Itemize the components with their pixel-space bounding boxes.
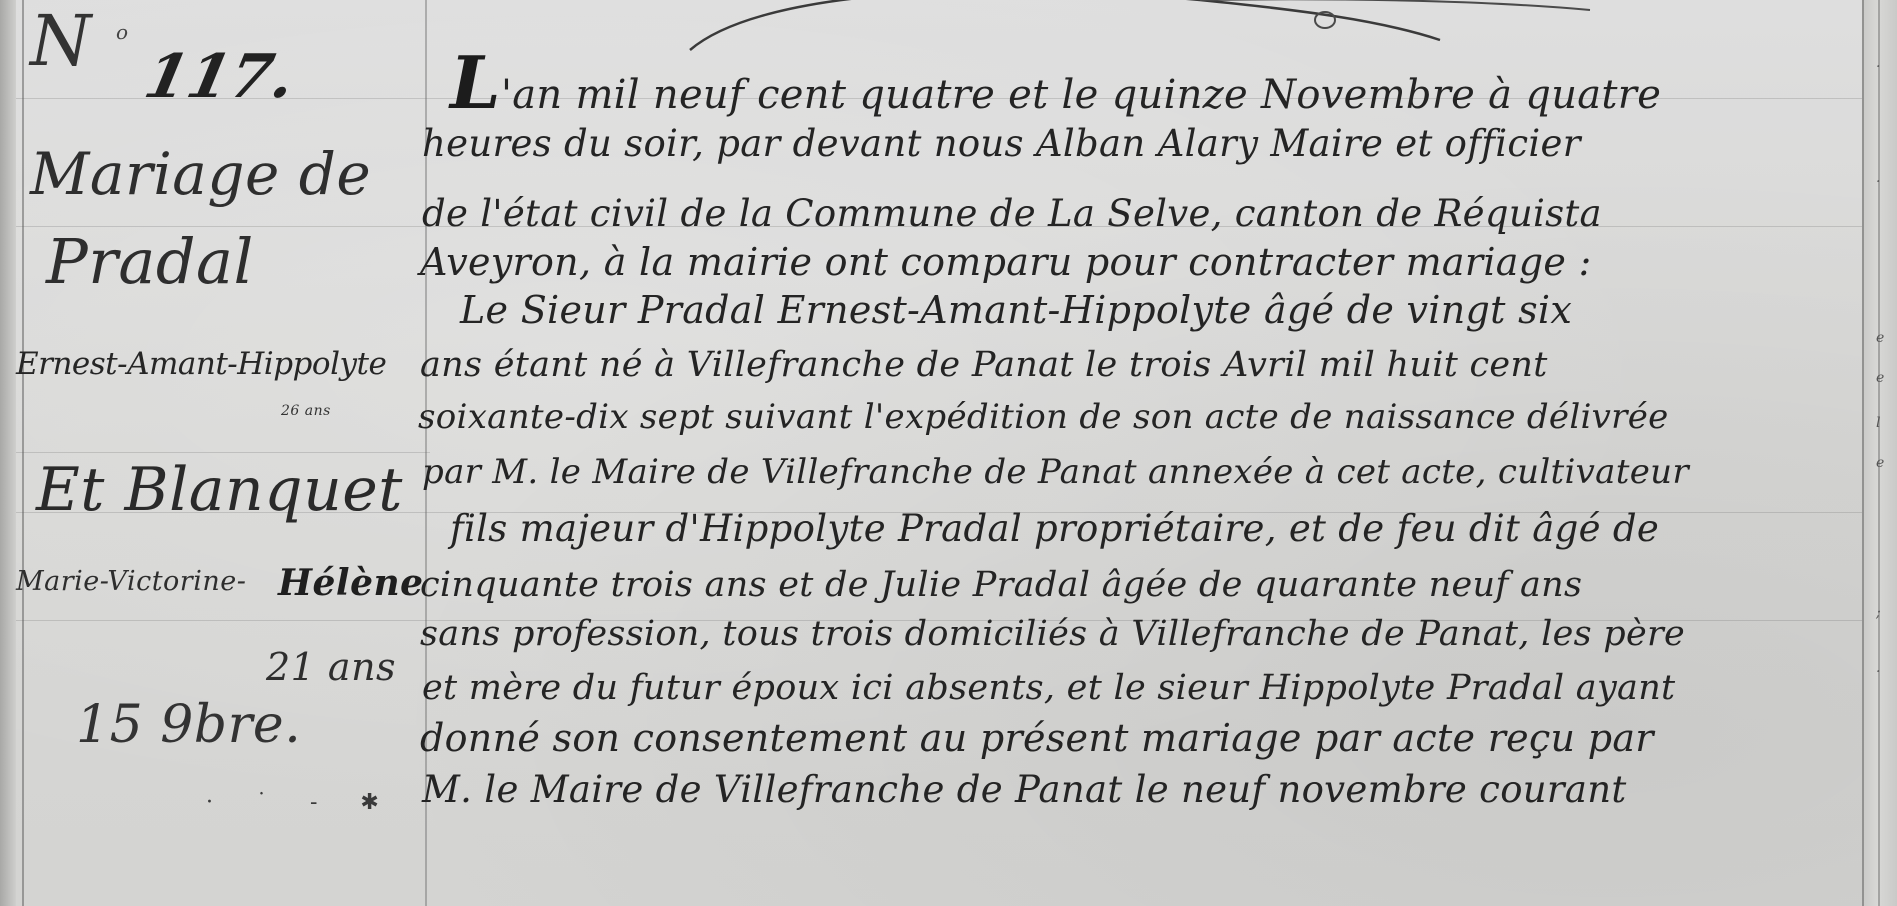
record-line-10: cinquante trois ans et de Julie Pradal â… — [420, 565, 1582, 605]
groom-given-names: Ernest-Amant-Hippolyte — [16, 346, 386, 382]
entry-number: 117. — [139, 42, 302, 112]
page-left-edge — [0, 0, 16, 906]
groom-surname: Pradal — [46, 225, 254, 298]
record-line-7: soixante-dix sept suivant l'expédition d… — [418, 397, 1669, 437]
ink-blots: · ˙ - ✱ — [206, 790, 397, 815]
bride-surname: Et Blanquet — [36, 455, 403, 525]
number-label: N — [30, 0, 92, 82]
margin-column: N o 117. Mariage de Pradal Ernest-Amant-… — [16, 0, 426, 906]
record-line-1: L'an mil neuf cent quatre et le quinze N… — [450, 40, 1661, 125]
record-line-text: 'an mil neuf cent quatre et le quinze No… — [501, 72, 1661, 118]
margin-mark: . — [1876, 170, 1880, 186]
groom-age: 26 ans — [281, 403, 331, 419]
margin-mark: e — [1876, 370, 1884, 386]
margin-mark: . — [1876, 55, 1880, 71]
margin-mark: . — [1876, 660, 1880, 676]
record-line-13: donné son consentement au présent mariag… — [420, 716, 1654, 760]
bride-given-names: Marie-Victorine- — [16, 566, 246, 597]
margin-mark: ; — [1876, 605, 1881, 621]
record-line-4: Aveyron, à la mairie ont comparu pour co… — [420, 240, 1592, 284]
number-superscript: o — [116, 20, 129, 44]
record-line-6: ans étant né à Villefranche de Panat le … — [420, 345, 1548, 385]
record-line-5: Le Sieur Pradal Ernest-Amant-Hippolyte â… — [460, 288, 1572, 332]
record-line-11: sans profession, tous trois domiciliés à… — [420, 614, 1685, 654]
bride-age: 21 ans — [266, 645, 396, 689]
marriage-date: 15 9bre. — [76, 695, 301, 755]
margin-mark: e — [1876, 455, 1884, 471]
margin-title: Mariage de — [30, 140, 371, 208]
register-page: . . e e l e ; . N o 117. Mariage de Prad… — [0, 0, 1897, 906]
record-line-14: M. le Maire de Villefranche de Panat le … — [422, 768, 1627, 811]
record-body: L'an mil neuf cent quatre et le quinze N… — [430, 0, 1860, 906]
margin-mark: e — [1876, 330, 1884, 346]
margin-mark: l — [1876, 415, 1880, 431]
record-line-12: et mère du futur époux ici absents, et l… — [422, 668, 1675, 708]
record-line-8: par M. le Maire de Villefranche de Panat… — [422, 452, 1689, 492]
bride-given-last: Hélène — [278, 562, 424, 604]
right-margin-marks: . . e e l e ; . — [1872, 0, 1896, 906]
record-line-3: de l'état civil de la Commune de La Selv… — [422, 192, 1602, 235]
record-line-2: heures du soir, par devant nous Alban Al… — [422, 122, 1581, 165]
drop-cap: L — [450, 40, 501, 125]
record-line-9: fils majeur d'Hippolyte Pradal propriéta… — [450, 507, 1659, 550]
